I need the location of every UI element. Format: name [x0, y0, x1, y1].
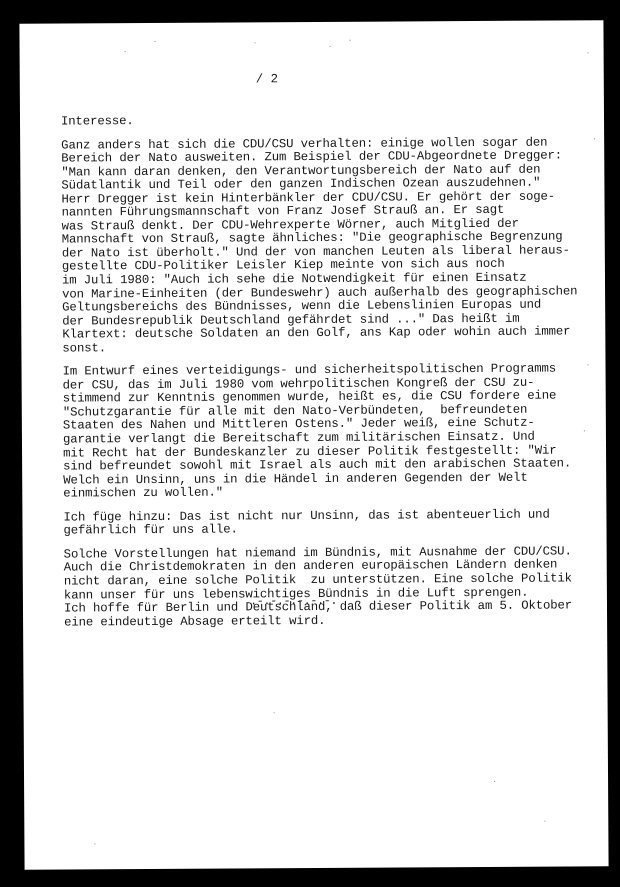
- page-number: / 2: [256, 72, 278, 86]
- text-line: gefährlich für uns alle.: [63, 522, 603, 539]
- text-line: eine eindeutige Absage erteilt wird.: [64, 613, 604, 630]
- scan-speck: [544, 821, 545, 822]
- scan-speck: [588, 364, 589, 365]
- scan-speck: [155, 41, 156, 42]
- scan-speck: [125, 51, 126, 52]
- text-line: einmischen zu wollen.": [63, 484, 603, 501]
- scan-speck: [330, 46, 331, 47]
- document-body: Interesse. Ganz anders hat sich die CDU/…: [61, 112, 604, 639]
- scan-speck: [94, 843, 95, 844]
- opening-line: Interesse.: [61, 112, 601, 129]
- scan-speck: [494, 781, 495, 782]
- paragraph-addendum: Ich füge hinzu: Das ist nicht nur Unsinn…: [63, 508, 603, 538]
- scan-speck: [274, 712, 275, 713]
- scan-speck: [588, 52, 589, 53]
- text-line: Interesse.: [61, 112, 601, 129]
- paragraph-conclusion: Solche Vorstellungen hat niemand im Bünd…: [64, 545, 604, 630]
- scan-speck: [584, 430, 585, 431]
- paragraph-csu-program: Im Entwurf eines verteidigungs- und sich…: [63, 363, 604, 502]
- scan-speck: [255, 42, 256, 43]
- paragraph-cdu-csu-nato: Ganz anders hat sich die CDU/CSU verhalt…: [61, 136, 602, 356]
- scan-speck: [350, 40, 351, 41]
- scan-speck: [594, 138, 595, 139]
- scanned-document-page: / 2 Interesse. Ganz anders hat sich die …: [19, 20, 608, 870]
- closing-separator: .-.-.-.-.-.-.: [250, 594, 337, 609]
